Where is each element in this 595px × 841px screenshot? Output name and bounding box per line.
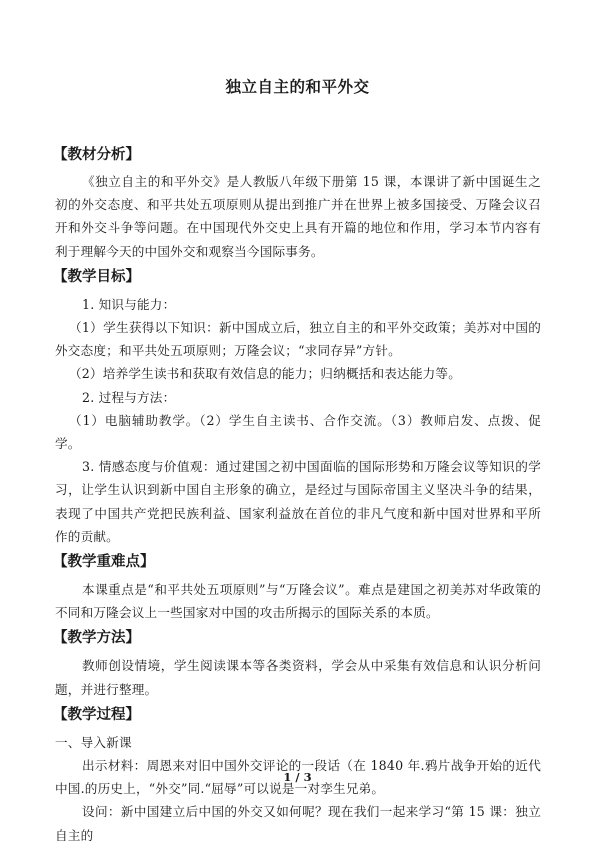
subsection-heading: 一、导入新课 [55, 731, 541, 754]
page-indicator: 1 / 3 [0, 770, 595, 784]
section-heading-teaching-process: 【教学过程】 [53, 703, 541, 727]
paragraph: 3. 情感态度与价值观：通过建国之初中国面临的国际形势和万隆会议等知识的学习，让… [55, 455, 541, 548]
paragraph: 教师创设情境，学生阅读课本等各类资料，学会从中采集有效信息和认识分析问题，并进行… [55, 654, 541, 700]
document-body: 【教材分析】 《独立自主的和平外交》是人教版八年级下册第 15 课，本课讲了新中… [55, 143, 541, 841]
paragraph: （2）培养学生读书和获取有效信息的能力；归纳概括和表达能力等。 [55, 362, 541, 385]
paragraph: 设问：新中国建立后中国的外交又如何呢？现在我们一起来学习“第 15 课：独立自主… [55, 800, 541, 841]
section-heading-textbook-analysis: 【教材分析】 [53, 143, 541, 167]
section-heading-key-difficult-points: 【教学重难点】 [53, 550, 541, 574]
paragraph: 1. 知识与能力： [55, 293, 541, 316]
paragraph: 2. 过程与方法： [55, 386, 541, 409]
paragraph: （1）学生获得以下知识：新中国成立后，独立自主的和平外交政策；美苏对中国的外交态… [55, 316, 541, 362]
paragraph: 《独立自主的和平外交》是人教版八年级下册第 15 课，本课讲了新中国诞生之初的外… [55, 170, 541, 263]
paragraph: （1）电脑辅助教学。（2）学生自主读书、合作交流。（3）教师启发、点拨、促学。 [55, 409, 541, 455]
section-heading-teaching-objectives: 【教学目标】 [53, 265, 541, 289]
paragraph: 本课重点是“和平共处五项原则”与“万隆会议”。难点是建国之初美苏对华政策的不同和… [55, 578, 541, 624]
section-heading-teaching-methods: 【教学方法】 [53, 626, 541, 650]
document-title: 独立自主的和平外交 [0, 75, 595, 97]
document-page: 独立自主的和平外交 【教材分析】 《独立自主的和平外交》是人教版八年级下册第 1… [0, 0, 595, 841]
